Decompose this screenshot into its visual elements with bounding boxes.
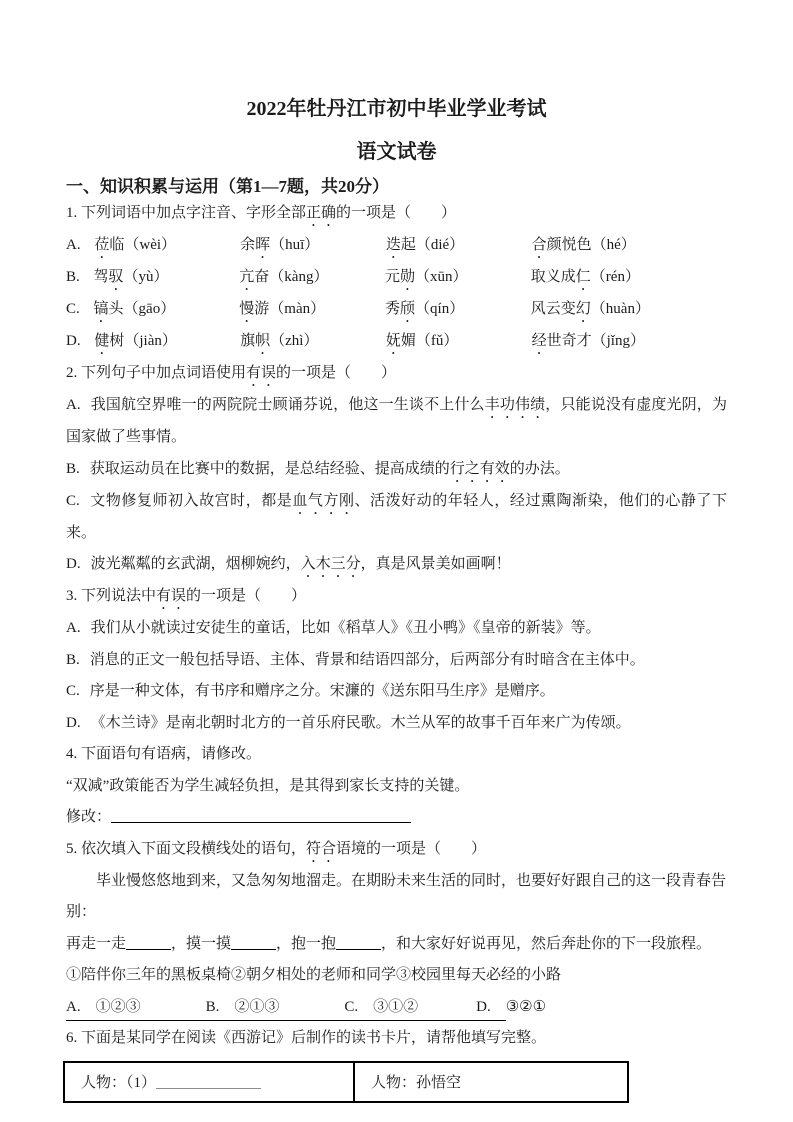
q4-stem: 4. 下面语句有语病，请修改。 — [66, 739, 727, 771]
option-text: 《木兰诗》是南北朝时北方的一首乐府民歌。木兰从军的故事千百年来广为传颂。 — [91, 715, 631, 731]
q2-option-a: A.我国航空界唯一的两院院士顾诵芬说，他这一生谈不上什么丰功伟绩，只能说没有虚度… — [66, 390, 727, 454]
option-label: D. — [66, 715, 81, 731]
spacer — [279, 1010, 344, 1011]
emphasized-text: 丰功伟绩 — [485, 397, 546, 413]
option-label: C. — [66, 301, 80, 317]
emphasized-text: 经 — [532, 333, 547, 349]
q1-option-a: A. 莅临（wèi） 余晖（huī） 迭起（dié） 合颜悦色（hé） — [66, 230, 727, 262]
option-label: D. — [66, 556, 81, 572]
q3-option-c: C.序是一种文体，有书序和赠序之分。宋濂的《送东阳马生序》是赠序。 — [66, 676, 727, 708]
q3-option-a: A.我们从小就读过安徒生的童话，比如《稻草人》《丑小鸭》《皇帝的新装》等。 — [66, 613, 727, 645]
q3-stem: 3. 下列说法中有误的一项是（ ） — [66, 581, 727, 613]
emphasized-text: 合 — [532, 237, 547, 253]
q3-option-d: D.《木兰诗》是南北朝时北方的一首乐府民歌。木兰从军的故事千百年来广为传颂。 — [66, 708, 727, 740]
emphasized-text: 仁 — [576, 269, 591, 285]
option-label: A. — [66, 237, 81, 253]
option-label: B. — [66, 269, 80, 285]
q5-passage-line2: 再走一走，摸一摸，抱一抱，和大家好好说再见，然后奔赴你的下一段旅程。 — [66, 929, 727, 961]
q3-option-b: B.消息的正文一般包括导语、主体、背景和结语四部分，后两部分有时暗含在主体中。 — [66, 645, 727, 677]
word-item: 元勋（xūn） — [385, 262, 505, 294]
q1-stem: 1. 下列词语中加点字注音、字形全部正确的一项是（ ） — [66, 198, 727, 230]
emphasized-text: 帜 — [255, 333, 270, 349]
emphasized-text: 正确 — [306, 205, 336, 221]
option-label: C. — [66, 683, 80, 699]
emphasized-text: 血气方刚 — [292, 493, 354, 509]
option-label: B. — [66, 652, 80, 668]
emphasized-text: 晖 — [255, 237, 270, 253]
q4-revise-line: 修改： — [66, 802, 727, 834]
emphasized-text: 妩 — [386, 333, 401, 349]
option-text: 消息的正文一般包括导语、主体、背景和结语四部分，后两部分有时暗含在主体中。 — [90, 652, 645, 668]
word-item: 健树（jiàn） — [94, 326, 214, 358]
option-text: 我们从小就读过安徒生的童话，比如《稻草人》《丑小鸭》《皇帝的新装》等。 — [91, 620, 601, 636]
reading-card-row: 人物：（1） 人物：孙悟空 — [64, 1062, 628, 1102]
word-item: 余晖（huī） — [240, 230, 360, 262]
q2-stem: 2. 下列句子中加点词语使用有误的一项是（ ） — [66, 358, 727, 390]
answer-blank — [231, 935, 276, 950]
option-label: A. — [66, 397, 81, 413]
option-label: D. — [66, 333, 81, 349]
option-text: 文物修复师初入故宫时，都是血气方刚、活泼好动的年轻人，经过熏陶渐染，他们的心静了… — [66, 493, 727, 541]
emphasized-text: 行之有效 — [450, 461, 510, 477]
word-item: 驾驭（yù） — [94, 262, 214, 294]
q6-stem: 6. 下面是某同学在阅读《西游记》后制作的读书卡片，请帮他填写完整。 — [66, 1023, 727, 1055]
option-text: 序是一种文体，有书序和赠序之分。宋濂的《送东阳马生序》是赠序。 — [90, 683, 555, 699]
option-text: 我国航空界唯一的两院院士顾诵芬说，他这一生谈不上什么丰功伟绩，只能说没有虚度光阴… — [66, 397, 727, 445]
emphasized-text: 颀 — [400, 301, 415, 317]
q5-passage-line1: 毕业慢悠悠地到来，又急匆匆地溜走。在期盼未来生活的同时，也要好好跟自己的这一段青… — [66, 866, 727, 929]
word-item: 取义成仁（rén） — [531, 262, 640, 294]
emphasized-text: 勋 — [400, 269, 415, 285]
word-item: 莅临（wèi） — [94, 230, 214, 262]
spacer — [418, 1010, 476, 1011]
emphasized-text: 镐 — [94, 301, 109, 317]
emphasized-text: 幻 — [576, 301, 591, 317]
answer-blank — [156, 1074, 261, 1089]
option-text: 获取运动员在比赛中的数据，是总结经验、提高成绩的行之有效的办法。 — [90, 461, 570, 477]
q2-option-d: D.波光粼粼的玄武湖，烟柳婉约，入木三分，真是风景美如画啊！ — [66, 549, 727, 581]
word-item: 妩媚（fǔ） — [386, 326, 506, 358]
answer-blank — [111, 808, 411, 823]
section-heading: 一、知识积累与运用（第1—7题，共20分） — [66, 176, 727, 198]
option-text: 波光粼粼的玄武湖，烟柳婉约，入木三分，真是风景美如画啊！ — [91, 556, 511, 572]
exam-page: 2022年牡丹江市初中毕业学业考试 语文试卷 一、知识积累与运用（第1—7题，共… — [0, 0, 793, 1122]
q5-options-tail: ③②① — [506, 999, 546, 1015]
q5-items: ①陪伴你三年的黑板桌椅②朝夕相处的老师和同学③校园里每天必经的小路 — [66, 960, 727, 992]
answer-blank — [126, 935, 171, 950]
emphasized-text: 慢 — [239, 301, 254, 317]
emphasized-text: 有误 — [156, 588, 186, 604]
word-item: 秀颀（qín） — [385, 294, 505, 326]
reading-card-table: 人物：（1） 人物：孙悟空 — [63, 1061, 629, 1103]
emphasized-text: 亢 — [239, 269, 254, 285]
word-item: 镐头（gāo） — [94, 294, 214, 326]
q5-options-underlined: A. ①②③B. ②①③C. ③①②D. — [66, 995, 506, 1021]
emphasized-text: 符合 — [306, 841, 336, 857]
q1-option-b: B. 驾驭（yù） 亢奋（kàng） 元勋（xūn） 取义成仁（rén） — [66, 262, 727, 294]
q5-stem: 5. 依次填入下面文段横线处的语句，符合语境的一项是（ ） — [66, 834, 727, 866]
q2-option-b: B.获取运动员在比赛中的数据，是总结经验、提高成绩的行之有效的办法。 — [66, 454, 727, 486]
emphasized-text: 驭 — [109, 269, 124, 285]
emphasized-text: 健 — [94, 333, 109, 349]
option-label: A. — [66, 620, 81, 636]
emphasized-text: 迭 — [386, 237, 401, 253]
exam-subtitle: 语文试卷 — [66, 139, 727, 165]
word-item: 旗帜（zhì） — [240, 326, 360, 358]
q1-option-c: C. 镐头（gāo） 慢游（màn） 秀颀（qín） 风云变幻（huàn） — [66, 294, 727, 326]
card-cell-left: 人物：（1） — [64, 1062, 354, 1102]
q5-options-row: A. ①②③B. ②①③C. ③①②D. ③②① — [66, 992, 727, 1024]
option-label: B. — [66, 461, 80, 477]
q4-sentence: “双减”政策能否为学生减轻负担，是其得到家长支持的关键。 — [66, 771, 727, 803]
spacer — [141, 1010, 206, 1011]
option-label: C. — [66, 493, 80, 509]
q1-option-d: D. 健树（jiàn） 旗帜（zhì） 妩媚（fǔ） 经世奇才（jǐng） — [66, 326, 727, 358]
word-item: 经世奇才（jǐng） — [532, 326, 645, 358]
emphasized-text: 有误 — [246, 365, 276, 381]
q2-option-c: C.文物修复师初入故宫时，都是血气方刚、活泼好动的年轻人，经过熏陶渐染，他们的心… — [66, 486, 727, 550]
word-item: 风云变幻（huàn） — [531, 294, 650, 326]
exam-title: 2022年牡丹江市初中毕业学业考试 — [66, 96, 727, 122]
word-item: 合颜悦色（hé） — [532, 230, 636, 262]
word-item: 迭起（dié） — [386, 230, 506, 262]
word-item: 慢游（màn） — [239, 294, 359, 326]
emphasized-text: 入木三分 — [301, 556, 361, 572]
word-item: 亢奋（kàng） — [239, 262, 359, 294]
emphasized-text: 莅 — [94, 237, 109, 253]
card-cell-right: 人物：孙悟空 — [354, 1062, 628, 1102]
answer-blank — [336, 935, 381, 950]
